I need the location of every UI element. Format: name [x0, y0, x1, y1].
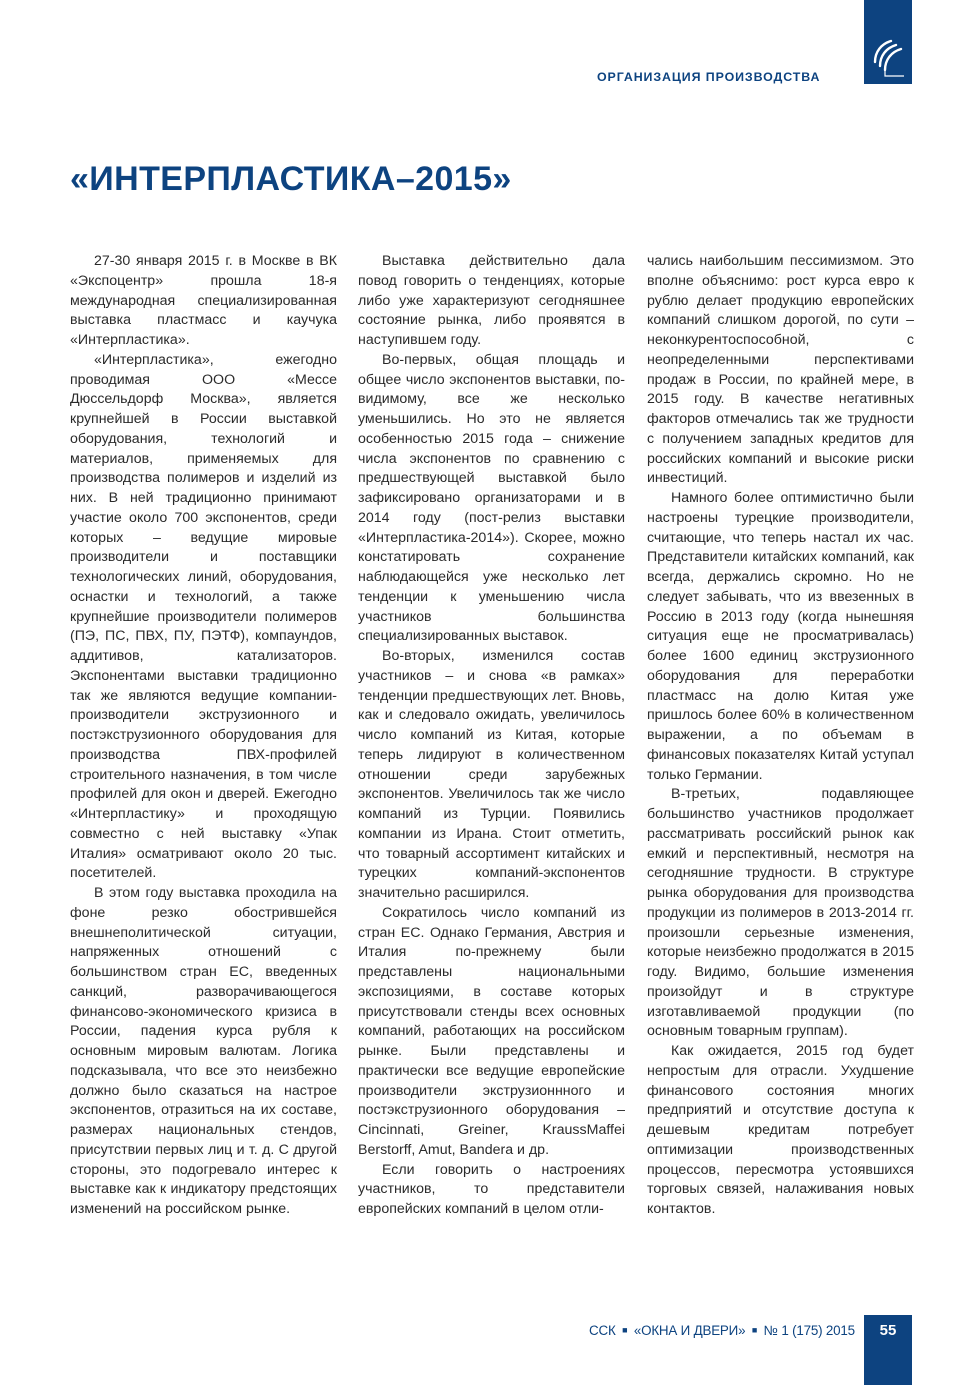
paragraph: В этом году выставка проходила на фоне р… — [70, 884, 337, 1220]
paragraph: Как ожидается, 2015 год будет непростым … — [647, 1042, 914, 1220]
paragraph: В-третьих, подавляющее большинство участ… — [647, 785, 914, 1042]
header-tab — [864, 0, 912, 84]
paragraph: Если говорить о настроениях участников, … — [358, 1161, 625, 1220]
paragraph: Сократилось число компаний из стран ЕС. … — [358, 904, 625, 1161]
footer-publisher: ССК — [589, 1323, 616, 1338]
paragraph: Во-первых, общая площадь и общее число э… — [358, 351, 625, 647]
square-bullet-icon: ■ — [749, 1325, 760, 1335]
square-bullet-icon: ■ — [619, 1325, 630, 1335]
article-column-3: чались наибольшим пессимизмом. Это вполн… — [647, 252, 914, 1220]
paragraph: 27-30 января 2015 г. в Москве в ВК «Эксп… — [70, 252, 337, 351]
footer-issue: № 1 (175) 2015 — [764, 1323, 855, 1338]
paragraph: Намного более оптимистично были настроен… — [647, 489, 914, 785]
article-title: «ИНТЕРПЛАСТИКА–2015» — [70, 160, 512, 199]
paragraph: Во-вторых, изменился состав участников –… — [358, 647, 625, 904]
paragraph-continued: чались наибольшим пессимизмом. Это вполн… — [647, 252, 914, 489]
footer-publication-info: ССК ■ «ОКНА И ДВЕРИ» ■ № 1 (175) 2015 — [589, 1323, 855, 1338]
article-column-2: Выставка действительно дала повод говори… — [358, 252, 625, 1220]
section-label: ОРГАНИЗАЦИЯ ПРОИЗВОДСТВА — [597, 70, 820, 84]
paragraph: Выставка действительно дала повод говори… — [358, 252, 625, 351]
paragraph: «Интерпластика», ежегодно проводимая ООО… — [70, 351, 337, 884]
page-number: 55 — [864, 1322, 912, 1339]
article-column-1: 27-30 января 2015 г. в Москве в ВК «Эксп… — [70, 252, 337, 1220]
magazine-logo-icon — [871, 38, 905, 80]
footer-tab: 55 — [864, 1315, 912, 1385]
footer-magazine: «ОКНА И ДВЕРИ» — [634, 1323, 745, 1338]
